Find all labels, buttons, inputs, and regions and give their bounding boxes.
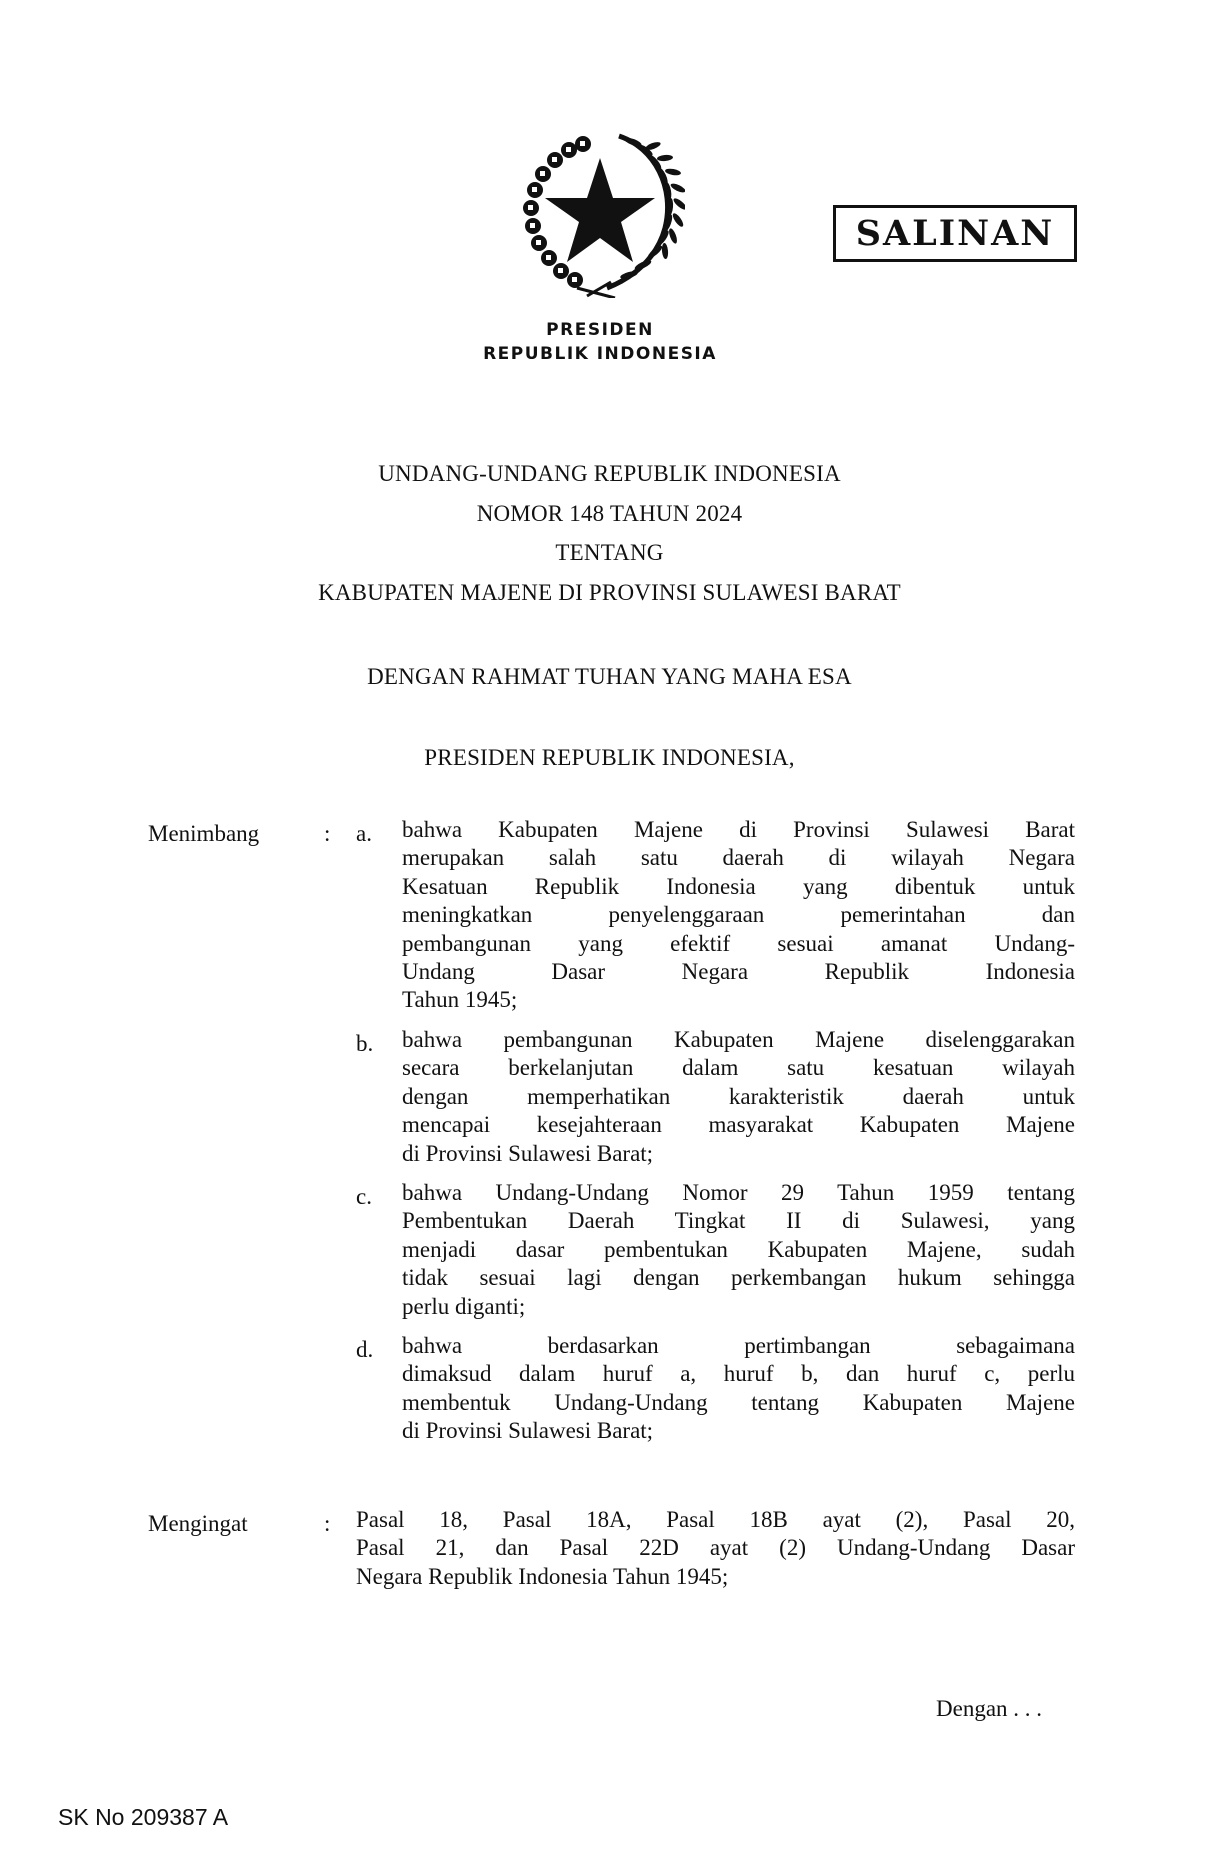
emblem-caption-presiden: PRESIDEN [400, 322, 800, 339]
text-line: meningkatkan penyelenggaraan pemerintaha… [402, 901, 1075, 929]
text-line: bahwa Undang-Undang Nomor 29 Tahun 1959 … [402, 1179, 1075, 1207]
text-line: secara berkelanjutan dalam satu kesatuan… [402, 1054, 1075, 1082]
text-line: tidak sesuai lagi dengan perkembangan hu… [402, 1264, 1075, 1292]
presidential-seal-icon [515, 128, 685, 298]
text-line: perlu diganti; [402, 1293, 1075, 1321]
text-line: Pasal 21, dan Pasal 22D ayat (2) Undang-… [356, 1534, 1075, 1562]
menimbang-item-c-letter: c. [356, 1185, 372, 1208]
text-line: pembangunan yang efektif sesuai amanat U… [402, 930, 1075, 958]
issuer: PRESIDEN REPUBLIK INDONESIA, [0, 746, 1219, 769]
text-line: Pembentukan Daerah Tingkat II di Sulawes… [402, 1207, 1075, 1235]
mengingat-label: Mengingat [148, 1512, 248, 1535]
text-line: membentuk Undang-Undang tentang Kabupate… [402, 1389, 1075, 1417]
salinan-stamp: SALINAN [833, 205, 1077, 262]
text-line: bahwa Kabupaten Majene di Provinsi Sulaw… [402, 816, 1075, 844]
menimbang-item-c-text: bahwa Undang-Undang Nomor 29 Tahun 1959 … [402, 1179, 1075, 1321]
text-line: menjadi dasar pembentukan Kabupaten Maje… [402, 1236, 1075, 1264]
text-line: bahwa pembangunan Kabupaten Majene disel… [402, 1026, 1075, 1054]
text-line: Undang Dasar Negara Republik Indonesia [402, 958, 1075, 986]
text-line: mencapai kesejahteraan masyarakat Kabupa… [402, 1111, 1075, 1139]
law-type-heading: UNDANG-UNDANG REPUBLIK INDONESIA [0, 462, 1219, 485]
text-line: Kesatuan Republik Indonesia yang dibentu… [402, 873, 1075, 901]
menimbang-item-a-letter: a. [356, 822, 372, 845]
continuation-marker: Dengan . . . [936, 1697, 1042, 1720]
menimbang-item-a-text: bahwa Kabupaten Majene di Provinsi Sulaw… [402, 816, 1075, 1015]
menimbang-colon: : [324, 822, 330, 845]
text-line: dimaksud dalam huruf a, huruf b, dan hur… [402, 1360, 1075, 1388]
menimbang-item-d-text: bahwa berdasarkan pertimbangan sebagaima… [402, 1332, 1075, 1446]
text-line: Pasal 18, Pasal 18A, Pasal 18B ayat (2),… [356, 1506, 1075, 1534]
text-line: Negara Republik Indonesia Tahun 1945; [356, 1563, 1075, 1591]
text-line: di Provinsi Sulawesi Barat; [402, 1417, 1075, 1445]
document-code: SK No 209387 A [58, 1806, 228, 1829]
mengingat-colon: : [324, 1512, 330, 1535]
law-number: NOMOR 148 TAHUN 2024 [0, 502, 1219, 525]
menimbang-item-b-text: bahwa pembangunan Kabupaten Majene disel… [402, 1026, 1075, 1168]
text-line: Tahun 1945; [402, 986, 1075, 1014]
text-line: di Provinsi Sulawesi Barat; [402, 1140, 1075, 1168]
about-heading: TENTANG [0, 541, 1219, 564]
mengingat-text: Pasal 18, Pasal 18A, Pasal 18B ayat (2),… [356, 1506, 1075, 1591]
law-subject: KABUPATEN MAJENE DI PROVINSI SULAWESI BA… [0, 581, 1219, 604]
text-line: merupakan salah satu daerah di wilayah N… [402, 844, 1075, 872]
text-line: bahwa berdasarkan pertimbangan sebagaima… [402, 1332, 1075, 1360]
menimbang-item-b-letter: b. [356, 1032, 373, 1055]
document-page: PRESIDEN REPUBLIK INDONESIA SALINAN UNDA… [0, 0, 1219, 1873]
invocation: DENGAN RAHMAT TUHAN YANG MAHA ESA [0, 665, 1219, 688]
text-line: dengan memperhatikan karakteristik daera… [402, 1083, 1075, 1111]
emblem-caption-republik: REPUBLIK INDONESIA [400, 346, 800, 363]
menimbang-label: Menimbang [148, 822, 259, 845]
menimbang-item-d-letter: d. [356, 1338, 373, 1361]
